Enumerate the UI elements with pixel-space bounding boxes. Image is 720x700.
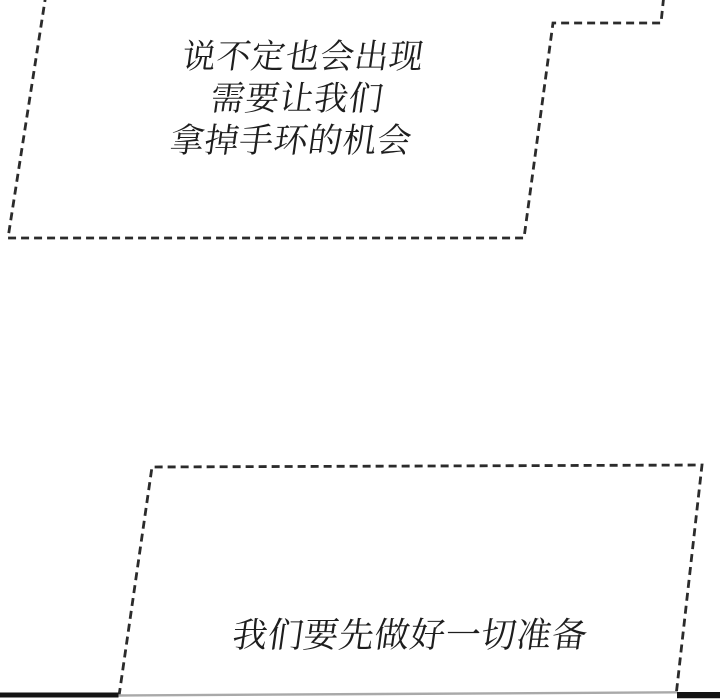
- dialogue-line: 需要让我们: [74, 78, 520, 120]
- speech-bubble-bottom-text: 我们要先做好一切准备: [187, 615, 633, 657]
- speech-bubble-bottom-border: [119, 465, 702, 696]
- dialogue-line: 说不定也会出现: [80, 36, 526, 78]
- dialogue-line: 拿掉手环的机会: [68, 120, 514, 162]
- panel-divider-bar-left: [0, 693, 119, 698]
- panel-divider-bar-right: [677, 692, 720, 698]
- dialogue-line: 我们要先做好一切准备: [187, 615, 633, 657]
- panel-divider-line: [119, 692, 678, 695]
- webtoon-panel: 说不定也会出现 需要让我们 拿掉手环的机会 我们要先做好一切准备: [0, 0, 720, 700]
- speech-bubble-top-text: 说不定也会出现 需要让我们 拿掉手环的机会: [68, 36, 526, 162]
